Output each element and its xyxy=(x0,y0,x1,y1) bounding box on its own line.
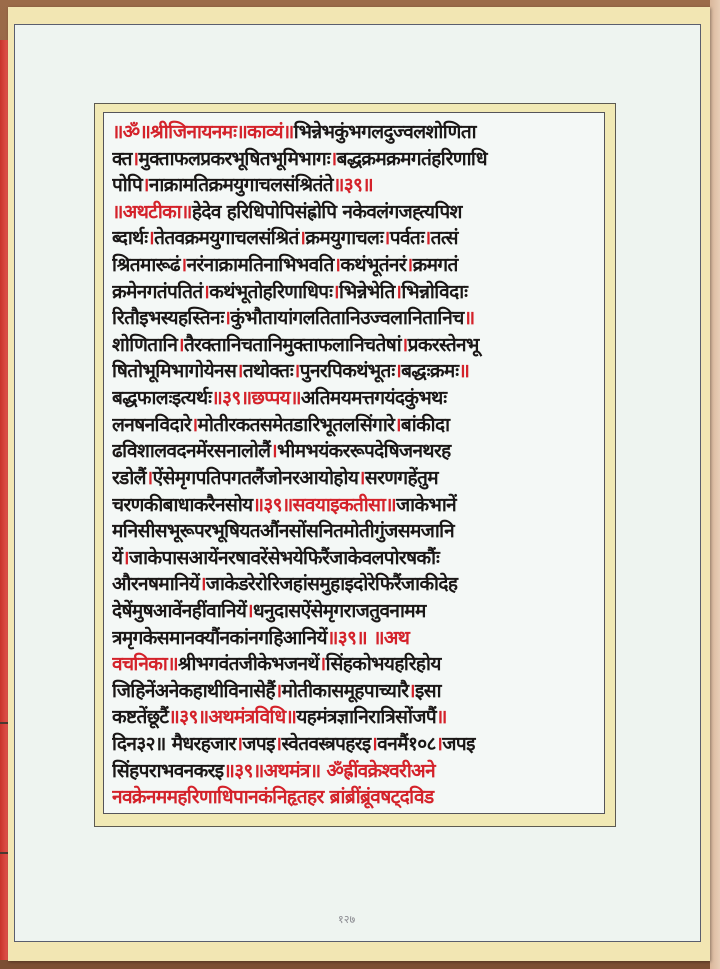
rubric-text: वचनिका॥ xyxy=(112,653,178,675)
body-text: जाकेडरेरोरिजहांसमुहाइदोरेफिरैंजाकीदेह xyxy=(206,573,457,595)
body-text: क्त xyxy=(112,148,132,170)
body-text: प्रकरस्तेनभू xyxy=(408,334,479,356)
body-text: लनषनविदारे xyxy=(112,414,191,436)
rubric-text: । xyxy=(319,653,326,675)
rubric-text: । xyxy=(383,227,390,249)
rubric-text: । xyxy=(424,227,431,249)
rubric-text: । xyxy=(191,414,198,436)
body-text: क्रमयुगाचलः xyxy=(305,227,383,249)
body-text: जिहिनेंअनेकहाथीविनासेहैं xyxy=(112,680,275,702)
body-text: नाक्रामतिक्रमयुगाचलसंश्रितंते xyxy=(149,174,333,196)
rubric-text: ॥३९॥सवयाइकतीसा॥ xyxy=(253,494,397,516)
body-text: स्वेतवस्त्रपहरइ xyxy=(281,733,370,755)
rubric-text: । xyxy=(332,281,339,303)
text-line: शोणितानि।तैरक्तानिचतानिमुक्ताफलानिचतेषां… xyxy=(112,332,598,359)
rubric-text: । xyxy=(180,254,187,276)
rubric-text: । xyxy=(394,414,401,436)
rubric-text: ॥ xyxy=(458,360,469,382)
text-line: षितोभूमिभागोयेनस।तथोक्तः।पुनरपिकथंभूतः।ब… xyxy=(112,358,598,385)
body-text: श्रीभगवंतजीकेभजनथें xyxy=(178,653,319,675)
text-line: लनषनविदारे।मोतीरकतसमेतडारिभूतलसिंगारे।बा… xyxy=(112,412,598,439)
body-text: जाकेभानें xyxy=(396,494,456,516)
body-text: मोतीरकतसमेतडारिभूतलसिंगारे xyxy=(198,414,395,436)
body-text: जपइ xyxy=(242,733,274,755)
rubric-text: । xyxy=(246,600,253,622)
body-text: कथंभूतंनरं xyxy=(340,254,406,276)
text-line: जिहिनेंअनेकहाथीविनासेहैं।मोतीकासमूहपाच्य… xyxy=(112,678,598,705)
body-text: भिन्नेभेति xyxy=(339,281,395,303)
page-edge-right xyxy=(710,0,720,969)
text-line: ॥अथटीका॥हेदेव हरिधिपोपिसंह्रोपि नकेवलंगज… xyxy=(112,199,598,226)
body-text: वनमैं१०८ xyxy=(377,733,436,755)
body-text: मुक्ताफलप्रकरभूषितभूमिभागः xyxy=(138,148,330,170)
rubric-text: ॥ xyxy=(464,307,475,329)
text-line: सिंहपराभवनकरइ॥३९॥अथमंत्र॥ ॐह्रींवक्रेश्व… xyxy=(112,758,598,785)
body-text: कुंभौतायांगलतितानिउज्वलानितानिच xyxy=(230,307,463,329)
body-text: जपइ xyxy=(442,733,474,755)
body-text: मनिसीसभूरूपरभूषियतऔंनसोंसनितमोतीगुंजसमजा… xyxy=(112,520,454,542)
body-text: सिंहपराभवनकरइ xyxy=(112,760,224,782)
text-line: यें।जाकेपासआयेंनरषावरेंसेभयेफिरैंजाकेवलप… xyxy=(112,545,598,572)
body-text: यें xyxy=(112,547,122,569)
body-text: जाकेपासआयेंनरषावरेंसेभयेफिरैंजाकेवलपोरषक… xyxy=(129,547,439,569)
body-text: ऐंसेमृगपतिपगतलैंजोनरआयोहोय xyxy=(153,467,359,489)
manuscript-page: ॥ॐ॥श्रीजिनायनमः॥काव्यं॥भिन्नेभकुंभगलदुज्… xyxy=(8,7,710,961)
text-line: चरणकीबाधाकरैनसोय॥३९॥सवयाइकतीसा॥जाकेभानें xyxy=(112,492,598,519)
text-line: वचनिका॥श्रीभगवंतजीकेभजनथें।सिंहकोभयहरिहो… xyxy=(112,651,598,678)
text-line: ॥ॐ॥श्रीजिनायनमः॥काव्यं॥भिन्नेभकुंभगलदुज्… xyxy=(112,119,598,146)
body-text: पोपि xyxy=(112,174,142,196)
body-text: ढविशालवदनमेंरसनालोलैं xyxy=(112,440,270,462)
body-text: मोतीकासमूहपाच्यारै xyxy=(282,680,409,702)
text-line: नवक्रेनममहरिणाधिपानकंनिहृतहर ब्रांब्रींब… xyxy=(112,784,598,811)
body-text: कष्टतेंछूटैं xyxy=(112,706,168,728)
rubric-text: ॥अथटीका॥ xyxy=(112,201,192,223)
body-text: कथंभूतोहरिणाधिपः xyxy=(209,281,332,303)
rubric-text: । xyxy=(275,680,282,702)
text-line: श्रितमारूढं।नरंनाक्रामतिनाभिभवति।कथंभूतं… xyxy=(112,252,598,279)
rubric-text: । xyxy=(236,360,243,382)
body-text: सिंहकोभयहरिहोय xyxy=(326,653,441,675)
rubric-text: ॥३९॥अथमंत्रविधि॥ xyxy=(168,706,296,728)
text-line: औरनषमानियें।जाकेडरेरोरिजहांसमुहाइदोरेफिर… xyxy=(112,571,598,598)
text-line: ब्दार्थः।तेतवक्रमयुगाचलसंश्रितं।क्रमयुगा… xyxy=(112,225,598,252)
rubric-text: । xyxy=(293,360,300,382)
body-text: चरणकीबाधाकरैनसोय xyxy=(112,494,253,516)
rubric-text: । xyxy=(177,334,184,356)
body-text: इसा xyxy=(415,680,441,702)
body-text: तत्सं xyxy=(431,227,458,249)
body-text: तेतवक्रमयुगाचलसंश्रितं xyxy=(154,227,299,249)
body-text: भिन्नेभकुंभगलदुज्वलशोणिता xyxy=(294,121,476,143)
body-text: बद्धक्रमक्रमगतंहरिणाधि xyxy=(337,148,487,170)
rubric-text: ॥ xyxy=(436,706,447,728)
rubric-text: । xyxy=(406,254,413,276)
rubric-text: । xyxy=(408,680,415,702)
body-text: नरंनाक्रामतिनाभिभवति xyxy=(187,254,334,276)
text-line: मनिसीसभूरूपरभूषियतऔंनसोंसनितमोतीगुंजसमजा… xyxy=(112,518,598,545)
rubric-text: ॥३९॥ ॥अथ xyxy=(327,627,409,649)
text-line: क्त।मुक्ताफलप्रकरभूषितभूमिभागः।बद्धक्रमक… xyxy=(112,146,598,173)
body-text: हेदेव हरिधिपोपिसंह्रोपि नकेवलंगजह्त्यपिश xyxy=(192,201,462,223)
body-text: त्रमृगकेसमानक्यौंनकांनगहिआनियें xyxy=(112,627,327,649)
rubric-text: ॥३९॥ xyxy=(333,174,373,196)
rubric-text: । xyxy=(330,148,337,170)
body-text: सरणगहेंतुम xyxy=(365,467,438,489)
body-text: षितोभूमिभागोयेनस xyxy=(112,360,236,382)
text-line: दिन३२॥ मैधरहजार।जपइ।स्वेतवस्त्रपहरइ।वनमै… xyxy=(112,731,598,758)
text-line: रितौइभस्यहस्तिनः।कुंभौतायांगलतितानिउज्वल… xyxy=(112,305,598,332)
body-text: भीमभयंकररूपदेषिजनथरह xyxy=(277,440,451,462)
body-text: तथोक्तः xyxy=(243,360,293,382)
body-text: श्रितमारूढं xyxy=(112,254,180,276)
body-text: रितौइभस्यहस्तिनः xyxy=(112,307,224,329)
rubric-text: । xyxy=(401,334,408,356)
text-line: रडोलैं।ऐंसेमृगपतिपगतलैंजोनरआयोहोय।सरणगहे… xyxy=(112,465,598,492)
body-text: पर्वतः xyxy=(390,227,424,249)
text-line: बद्धफालःइत्यर्थः॥३९॥छप्पय॥अतिमयमत्तगयंदक… xyxy=(112,385,598,412)
body-text: क्रमेनगतंपतितं xyxy=(112,281,203,303)
rubric-text: नवक्रेनममहरिणाधिपानकंनिहृतहर ब्रांब्रींब… xyxy=(112,786,434,808)
rubric-text: ॥३९॥छप्पय॥ xyxy=(211,387,301,409)
body-text: रडोलैं xyxy=(112,467,146,489)
body-text: बद्धफालःइत्यर्थः xyxy=(112,387,211,409)
text-line: ढविशालवदनमेंरसनालोलैं।भीमभयंकररूपदेषिजनथ… xyxy=(112,438,598,465)
page-number: १२७ xyxy=(338,912,355,927)
body-text: बद्धःक्रमः xyxy=(401,360,458,382)
rubric-text: । xyxy=(146,467,153,489)
body-text: अतिमयमत्तगयंदकुंभथः xyxy=(301,387,447,409)
rubric-text: । xyxy=(358,467,365,489)
body-text: क्रमगतं xyxy=(413,254,458,276)
body-text: पुनरपिकथंभूतः xyxy=(300,360,395,382)
text-line: कष्टतेंछूटैं॥३९॥अथमंत्रविधि॥यहमंत्रज्ञान… xyxy=(112,704,598,731)
body-text: तैरक्तानिचतानिमुक्ताफलानिचतेषां xyxy=(184,334,401,356)
body-text: औरनषमानियें xyxy=(112,573,199,595)
text-line: क्रमेनगतंपतितं।कथंभूतोहरिणाधिपः।भिन्नेभे… xyxy=(112,279,598,306)
text-line: देषेंमुषआवेंनहींवानियें।धनुदासऐंसेमृगराज… xyxy=(112,598,598,625)
text-block: ॥ॐ॥श्रीजिनायनमः॥काव्यं॥भिन्नेभकुंभगलदुज्… xyxy=(103,112,605,814)
body-text: धनुदासऐंसेमृगराजतुवनामम xyxy=(253,600,426,622)
rubric-text: ॥३९॥अथमंत्र॥ ॐह्रींवक्रेश्वरीअने xyxy=(224,760,436,782)
body-text: भिन्नोविदाः xyxy=(401,281,467,303)
body-text: यहमंत्रज्ञानिरात्रिसोंजपैं xyxy=(296,706,436,728)
body-text: देषेंमुषआवेंनहींवानियें xyxy=(112,600,246,622)
rubric-text: । xyxy=(142,174,149,196)
text-frame: ॥ॐ॥श्रीजिनायनमः॥काव्यं॥भिन्नेभकुंभगलदुज्… xyxy=(94,103,616,827)
body-text: बांकीदा xyxy=(401,414,450,436)
rubric-text: ॥ॐ॥श्रीजिनायनमः॥काव्यं॥ xyxy=(112,121,294,143)
text-line: पोपि।नाक्रामतिक्रमयुगाचलसंश्रितंते॥३९॥ xyxy=(112,172,598,199)
body-text: शोणितानि xyxy=(112,334,177,356)
text-line: त्रमृगकेसमानक्यौंनकांनगहिआनियें॥३९॥ ॥अथ xyxy=(112,625,598,652)
rubric-text: । xyxy=(199,573,206,595)
body-text: ब्दार्थः xyxy=(112,227,148,249)
body-text: दिन३२॥ मैधरहजार xyxy=(112,733,236,755)
